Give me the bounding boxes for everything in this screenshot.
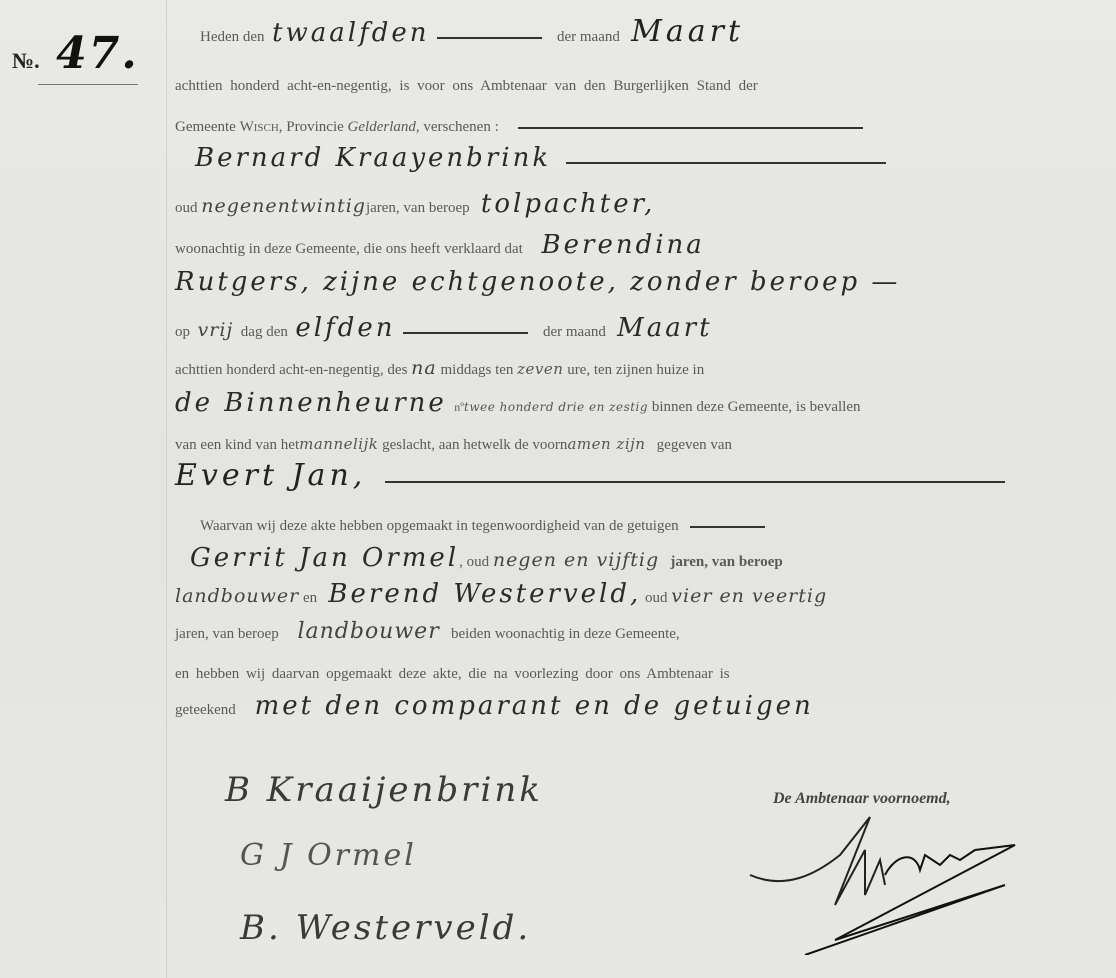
printed-province: Gelderland — [348, 119, 416, 135]
akte-number-label: №. — [12, 48, 40, 73]
signature-witness-1: G J Ormel — [240, 838, 417, 873]
printed-text: ure, ten zijnen huize in — [567, 362, 704, 378]
handwritten-mother-details: Rutgers, zijne echtgenoote, zonder beroe… — [175, 267, 900, 297]
handwritten-witness-1-age: negen en vijftig — [493, 549, 659, 571]
text-line-10: de Binnenheurne nºtwee honderd drie en z… — [175, 393, 1100, 417]
text-line-18: geteekend met den comparant en de getuig… — [175, 696, 1100, 720]
text-line-17: en hebben wij daarvan opgemaakt deze akt… — [175, 664, 1100, 684]
text-line-9: achttien honderd acht-en-negentig, des n… — [175, 358, 1100, 380]
fill-rule — [403, 332, 528, 334]
handwritten-sex: mannelijk — [299, 435, 378, 453]
printed-text: gegeven van — [657, 437, 732, 453]
fill-rule — [385, 481, 1005, 483]
printed-text: oud — [645, 590, 668, 606]
text-line-1: Heden den twaalfden der maand Maart — [200, 22, 1116, 47]
margin-divider — [166, 0, 167, 978]
printed-text: der maand — [543, 324, 606, 340]
printed-text: , oud — [459, 554, 489, 570]
signature-witness-2: B. Westerveld. — [240, 908, 531, 948]
handwritten-birth-month: Maart — [617, 313, 713, 343]
handwritten-occupation: tolpachter, — [481, 189, 656, 219]
text-line-6: woonachtig in deze Gemeente, die ons hee… — [175, 235, 1100, 259]
printed-text: geteekend — [175, 702, 236, 718]
text-line-12: Evert Jan, — [175, 466, 1100, 491]
fill-rule — [437, 37, 542, 39]
printed-text: jaren, van beroep — [670, 554, 782, 570]
printed-text: binnen deze Gemeente, is bevallen — [652, 399, 861, 415]
printed-text: woonachtig in deze Gemeente, die ons hee… — [175, 241, 523, 257]
handwritten-witness-2-age: vier en veertig — [671, 585, 827, 607]
printed-text: en hebben wij daarvan opgemaakt deze akt… — [175, 666, 730, 682]
handwritten-witness-1-name: Gerrit Jan Ormel — [190, 543, 459, 573]
handwritten-witness-2-name: Berend Westerveld, — [328, 579, 641, 609]
handwritten-month: Maart — [631, 14, 744, 49]
text-line-14: Gerrit Jan Ormel, oud negen en vijftig j… — [190, 548, 1115, 572]
text-line-13: Waarvan wij deze akte hebben opgemaakt i… — [200, 516, 1116, 536]
text-line-3: Gemeente Wisch, Provincie Gelderland, ve… — [175, 117, 1100, 137]
printed-text: nº — [454, 400, 464, 414]
printed-text: middags ten — [440, 362, 513, 378]
printed-text: Waarvan wij deze akte hebben opgemaakt i… — [200, 518, 679, 534]
handwritten-witness-2-occupation: landbouwer — [297, 619, 439, 644]
printed-text: achttien honderd acht-en-negentig, is vo… — [175, 78, 758, 94]
official-label: De Ambtenaar voornoemd, — [773, 790, 951, 808]
fill-rule — [566, 162, 886, 164]
fill-rule — [518, 127, 863, 129]
printed-text: der maand — [557, 29, 620, 45]
akte-number: №. 47. — [12, 28, 139, 79]
printed-text: jaren, van beroep — [175, 626, 279, 642]
handwritten-mother-first-name: Berendina — [542, 230, 705, 260]
akte-number-value: 47. — [56, 28, 139, 79]
handwritten-hour: zeven — [517, 360, 563, 378]
handwritten-age: negenentwintig — [201, 195, 366, 217]
printed-text: oud — [175, 200, 198, 216]
akte-number-underline — [38, 84, 138, 85]
text-line-4: Bernard Kraayenbrink — [195, 148, 1116, 172]
handwritten-day: twaalfden — [272, 18, 429, 48]
text-line-2: achttien honderd acht-en-negentig, is vo… — [175, 76, 1100, 96]
printed-text: Heden den — [200, 29, 265, 45]
text-line-8: op vrij dag den elfden der maand Maart — [175, 318, 1100, 342]
printed-text: op — [175, 324, 190, 340]
text-line-7: Rutgers, zijne echtgenoote, zonder beroe… — [175, 272, 1100, 296]
handwritten-time-of-day: na — [411, 357, 437, 379]
printed-text: beiden woonachtig in deze Gemeente, — [451, 626, 680, 642]
printed-text: geslacht, aan hetwelk de voorn — [382, 437, 567, 453]
printed-text: , verschenen : — [416, 119, 499, 135]
printed-text: jaren, van beroep — [366, 200, 470, 216]
handwritten-weekday: vrij — [198, 319, 234, 341]
printed-text: achttien honderd acht-en-negentig, des — [175, 362, 407, 378]
text-line-15: landbouwer en Berend Westerveld, oud vie… — [175, 584, 1100, 608]
text-line-16: jaren, van beroep landbouwer beiden woon… — [175, 622, 1100, 644]
printed-text: en — [303, 590, 317, 606]
handwritten-house-number: twee honderd drie en zestig — [464, 400, 648, 414]
document-page: №. 47. Heden den twaalfden der maand Maa… — [0, 0, 1116, 978]
text-line-11: van een kind van hetmannelijk geslacht, … — [175, 434, 1100, 455]
official-signature — [745, 815, 1035, 955]
handwritten-signing-note: met den comparant en de getuigen — [255, 691, 814, 721]
text-line-5: oud negenentwintigjaren, van beroep tolp… — [175, 194, 1100, 218]
signature-father: B Kraaijenbrink — [225, 770, 543, 810]
handwritten-witness-1-occupation: landbouwer — [175, 585, 299, 607]
handwritten-address: de Binnenheurne — [175, 388, 447, 418]
handwritten-child-name: Evert Jan, — [175, 458, 366, 493]
printed-text: , Provincie — [279, 119, 344, 135]
handwritten-text: amen zijn — [567, 435, 645, 453]
handwritten-father-name: Bernard Kraayenbrink — [195, 143, 551, 173]
printed-text: Gemeente — [175, 119, 236, 135]
handwritten-birth-day: elfden — [295, 313, 395, 343]
printed-text: van een kind van het — [175, 437, 299, 453]
printed-text: dag den — [241, 324, 288, 340]
fill-rule — [690, 526, 765, 528]
printed-municipality: Wisch — [240, 119, 279, 135]
